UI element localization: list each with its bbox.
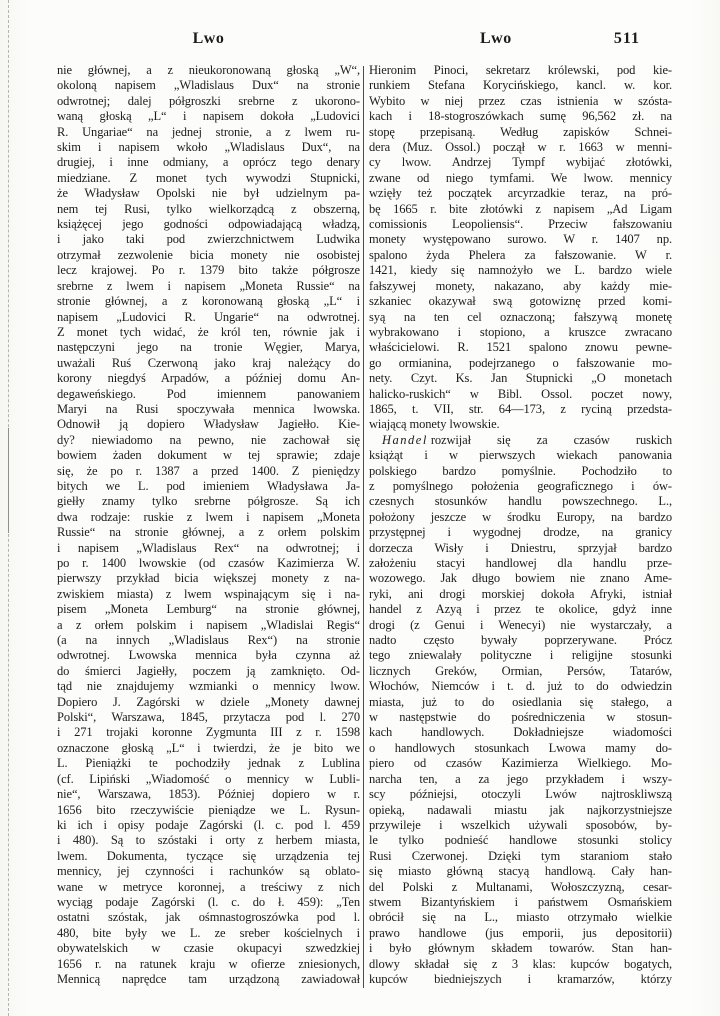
text-line: syą na ten cel oznaczoną; fałszywą monet… [369, 310, 672, 325]
text-line: się miasto główną stacyą handlową. Cały … [369, 864, 672, 879]
text-line: o handlowych stosunkach Lwowa mamy do- [369, 741, 672, 756]
column-divider-rule [363, 66, 364, 988]
text-line: dwa rodzaje: ruskie z lwem i napisem „Mo… [57, 510, 360, 525]
text-line: otrzymał zezwolenie bicia monety nie oso… [57, 248, 360, 263]
text-line: skim i napisem wkoło „Wladislaus Dux“, n… [57, 140, 360, 155]
text-line: wiającą monety lwowskie. [369, 417, 672, 432]
text-line: Dopiero J. Zagórski w dziele „Monety daw… [57, 695, 360, 710]
text-line: (a na innych „Wladislaus Rex“) na stroni… [57, 633, 360, 648]
text-line: przywileje i wszelkich używali sposobów,… [369, 818, 672, 833]
text-line: 1656 bito rzeczywiście pieniądze we L. R… [57, 803, 360, 818]
text-line: bitych we L. pod imieniem Władysława Ja- [57, 479, 360, 494]
text-line: licznych Greków, Ormian, Persów, Tatarów… [369, 664, 672, 679]
text-line: obywatelskich w czasie okupacyi szwedzki… [57, 941, 360, 956]
text-line: Odnowił ją dopiero Władysław Jagiełło. K… [57, 417, 360, 432]
text-line: monety występowano surowo. W r. 1407 np. [369, 232, 672, 247]
text-line: wyciąg podaje Zagórski (l. c. do ł. 459)… [57, 895, 360, 910]
text-line: Maryi na Rusi spoczywała mennica lwowska… [57, 402, 360, 417]
text-line: go ormianina, podejrzanego o fałszowanie… [369, 356, 672, 371]
text-line: stopę przepisaną. Według zapisków Schnei… [369, 125, 672, 140]
text-line: dera (Muz. Ossol.) począł w r. 1663 w me… [369, 140, 672, 155]
text-line: 1656 r. na ratunek kraju w ofierze znies… [57, 957, 360, 972]
text-line: wzięły też początek arcyrzadkie teraz, n… [369, 186, 672, 201]
italic-keyword: Handel [382, 433, 428, 447]
text-line: kach i 18-stogroszówkach sumę 96,562 zł.… [369, 109, 672, 124]
text-line: Polski“, Warszawa, 1845, przytacza pod l… [57, 710, 360, 725]
text-column-left: nie głównej, a z nieukoronowaną głoską „… [57, 63, 360, 987]
text-line: piero od czasów Kazimierza Wielkiego. Mo… [369, 756, 672, 771]
text-line: i 480). Są to szóstaki i orty z herbem m… [57, 833, 360, 848]
text-line: odwrotnej; dalej półgroszki srebrne z uk… [57, 94, 360, 109]
text-line: szkaniec okazywał swą gotowiznę przed ko… [369, 294, 672, 309]
text-line: nety. Czyt. Ks. Jan Stupnicki „O monetac… [369, 371, 672, 386]
text-line: korony niegdyś Arpadów, a później domu A… [57, 371, 360, 386]
text-line: kach handlowych. Dokładniejsze wiadomośc… [369, 725, 672, 740]
text-line: nem tej Rusi, tylko wielkorządcą z obsze… [57, 202, 360, 217]
text-line: obrócił się na L., miasto otrzymało wiel… [369, 910, 672, 925]
text-line: halicko-ruskich“ w Bibl. Ossol. poczet n… [369, 387, 672, 402]
text-line: uważali Ruś Czerwoną jako kraj należący … [57, 356, 360, 371]
text-line: zwiskiem miasta) z lwem wspinającym się … [57, 587, 360, 602]
text-line: książęcej jego godności odpowiadającą wł… [57, 217, 360, 232]
text-line: mennicy, jej czynności i rachunków są ob… [57, 864, 360, 879]
text-line: Włochów, Niemców i t. d. już to do odwie… [369, 679, 672, 694]
text-line: R. Ungariae“ na jednej stronie, a z lwem… [57, 125, 360, 140]
text-line: właścicielowi. R. 1521 spalono znowu pew… [369, 340, 672, 355]
text-line: z pomyślnego położenia geograficznego i … [369, 479, 672, 494]
text-line: opieką, nadawali miastu jak najkorzystni… [369, 803, 672, 818]
text-line: po r. 1400 lwowskie (od czasów Kazimierz… [57, 556, 360, 571]
text-line: nie głównej, a z nieukoronowaną głoską „… [57, 63, 360, 78]
text-line: waną głoską „L“ i napisem dokoła „Ludovi… [57, 109, 360, 124]
book-page-scan: Lwo Lwo 511 nie głównej, a z nieukoronow… [0, 0, 720, 1016]
text-line: del Polski z Multanami, Wołoszczyzną, ce… [369, 880, 672, 895]
text-line: tego zniewalały polityczne i religijne s… [369, 648, 672, 663]
text-line: giełły znamy tylko srebrne półgrosze. Są… [57, 494, 360, 509]
text-line: Rusi Czerwonej. Dzięki tym staraniom sta… [369, 849, 672, 864]
text-line: spalono żyda Phelera za fałszowanie. W r… [369, 248, 672, 263]
text-line: 1865, t. VII, str. 64—173, z ryciną prze… [369, 402, 672, 417]
text-line: le tylko podnieść handlowe stosunki stol… [369, 833, 672, 848]
text-line: miasta, już to do osiedlania się stałego… [369, 695, 672, 710]
text-line: czesnych stosunków handlu powszechnego. … [369, 494, 672, 509]
text-line: 1421, kiedy się namnożyło we L. bardzo w… [369, 263, 672, 278]
text-line: odwrotnej. Lwowska mennica była czynna a… [57, 648, 360, 663]
text-line: pisem „Moneta Lemburg“ na stronie główne… [57, 602, 360, 617]
text-line: ryki, ani drogi morskiej dokoła Afryki, … [369, 587, 672, 602]
text-line: i jako taki pod zwierzchnictwem Ludwika [57, 232, 360, 247]
text-line: nie“, Warszawa, 1853). Później dopiero w… [57, 787, 360, 802]
text-line: lwem. Dokumenta, tyczące się urządzenia … [57, 849, 360, 864]
text-line: Russie“ na stronie głównej, a z orłem po… [57, 525, 360, 540]
text-line: i było głównym składem towarów. Stan han… [369, 941, 672, 956]
text-line: okoloną napisem „Wladislaus Dux“ na stro… [57, 78, 360, 93]
text-line: comissionis Leopoliensis“. Przeciw fałsz… [369, 217, 672, 232]
text-line: w następstwie do pośredniczenia w stosun… [369, 710, 672, 725]
text-line: scy późniejsi, otoczyli Lwów najtroskliw… [369, 787, 672, 802]
text-line: srebrne z lwem i napisem „Moneta Russie“… [57, 279, 360, 294]
text-line: handel z Azyą i przez te okolice, gdyż i… [369, 602, 672, 617]
text-line: stronie głównej, a z koronowaną głoską „… [57, 294, 360, 309]
text-line: Mennicą naprędce tam urządzoną zawiadowa… [57, 972, 360, 987]
text-line: stwem Bizantyńskiem i państwem Osmańskie… [369, 895, 672, 910]
text-line: wybrakowano i stopiono, a kruszce zwraca… [369, 325, 672, 340]
text-line: cy lwow. Andrzej Tympf wybijać złotówki, [369, 155, 672, 170]
text-line: (cf. Lipiński „Wiadomość o mennicy w Lub… [57, 772, 360, 787]
binding-edge-solid-segment [8, 428, 9, 533]
text-line: a z orłem polskim i napisem „Wladislai R… [57, 618, 360, 633]
text-line: lecz krajowej. Po r. 1379 bito także pół… [57, 263, 360, 278]
text-line: i 271 trojaki koronne Zygmunta III z r. … [57, 725, 360, 740]
text-line: dorzecza Wisły i Dniestru, sprzyjał bard… [369, 541, 672, 556]
text-line: miedziane. Z monet tych wywodzi Stupnick… [57, 171, 360, 186]
text-line: do śmierci Jagiełły, poczem ją zamknięto… [57, 664, 360, 679]
text-line: narcha ten, a za jego przykładem i wszy- [369, 772, 672, 787]
text-line: i napisem „Wladislaus Rex“ na odwrotnej;… [57, 541, 360, 556]
text-line: prawo handlowe (jus emporii, jus deposit… [369, 926, 672, 941]
text-line: 480, bite były we L. ze sreber kościelny… [57, 926, 360, 941]
text-line: drogi (z Genui i Wenecyi) nie wystarczał… [369, 618, 672, 633]
text-line: tąd nie znajdujemy wzmianki o mennicy lw… [57, 679, 360, 694]
text-line: wozowego. Jak długo bowiem nie znano Ame… [369, 571, 672, 586]
text-line: przystępnej i wygodnej drodze, na granic… [369, 525, 672, 540]
text-line: pierwszy przykład bicia większej monety … [57, 571, 360, 586]
text-line: założeniu stacyi handlowej dla handlu pr… [369, 556, 672, 571]
running-title-right: Lwo [480, 30, 512, 48]
text-line: drugiej, i inne odmiany, a oprócz tego d… [57, 155, 360, 170]
text-line: degaweńskiego. Pod imiennem panowaniem [57, 387, 360, 402]
text-line: Wybito w niej przez czas istnienia w szó… [369, 94, 672, 109]
text-line: oznaczone głoską „L“ i twierdzi, że je b… [57, 741, 360, 756]
text-line: bę 1665 r. bite złotówki z napisem „Ad L… [369, 202, 672, 217]
text-line: Z monet tych widać, że król ten, równie … [57, 325, 360, 340]
text-line: Handelrozwijał się za czasów ruskich [369, 433, 672, 448]
text-line: ostatni szóstak, jak ośmnastogroszówka p… [57, 910, 360, 925]
text-line: książąt i w pierwszych wiekach panowania [369, 448, 672, 463]
text-line: kupców biedniejszych i kramarzów, którzy [369, 972, 672, 987]
page-number: 511 [614, 30, 640, 48]
text-line: dlowy składał się z 3 klas: kupców bogat… [369, 957, 672, 972]
text-line: L. Pieniążki te pochodziły jednak z Lubl… [57, 756, 360, 771]
text-line: dy? niewiadomo na pewno, nie zachował si… [57, 433, 360, 448]
text-line: następczyni jego na tronie Węgier, Marya… [57, 340, 360, 355]
text-line: że Władysław Opolski nie był udzielnym p… [57, 186, 360, 201]
text-line: Hieronim Pinoci, sekretarz królewski, po… [369, 63, 672, 78]
text-line: zwane od niego tymfami. We lwow. mennicy [369, 171, 672, 186]
text-line: ki ich i opisy podaje Zagórski (l. c. po… [57, 818, 360, 833]
text-line: się, że po r. 1387 a przed 1400. Z pieni… [57, 464, 360, 479]
text-line: polskiego bardzo pomyślnie. Pochodziło t… [369, 464, 672, 479]
text-line: nadto często bywały poprzerywane. Prócz [369, 633, 672, 648]
text-line: napisem „Ludovici R. Ungarie“ na odwrotn… [57, 310, 360, 325]
text-line: wane w metryce koronnej, a treściwy z ni… [57, 880, 360, 895]
text-line: runkiem Stefana Korycińskiego, kancl. w.… [369, 78, 672, 93]
running-title-left: Lwo [57, 30, 360, 48]
text-line: fałszywej monety, nakazano, aby każdy mi… [369, 279, 672, 294]
text-column-right: Hieronim Pinoci, sekretarz królewski, po… [369, 63, 672, 987]
text-line: położony jeszcze w środku Europy, na bar… [369, 510, 672, 525]
text-line: bowiem żaden dokument w tej sprawie; zda… [57, 448, 360, 463]
